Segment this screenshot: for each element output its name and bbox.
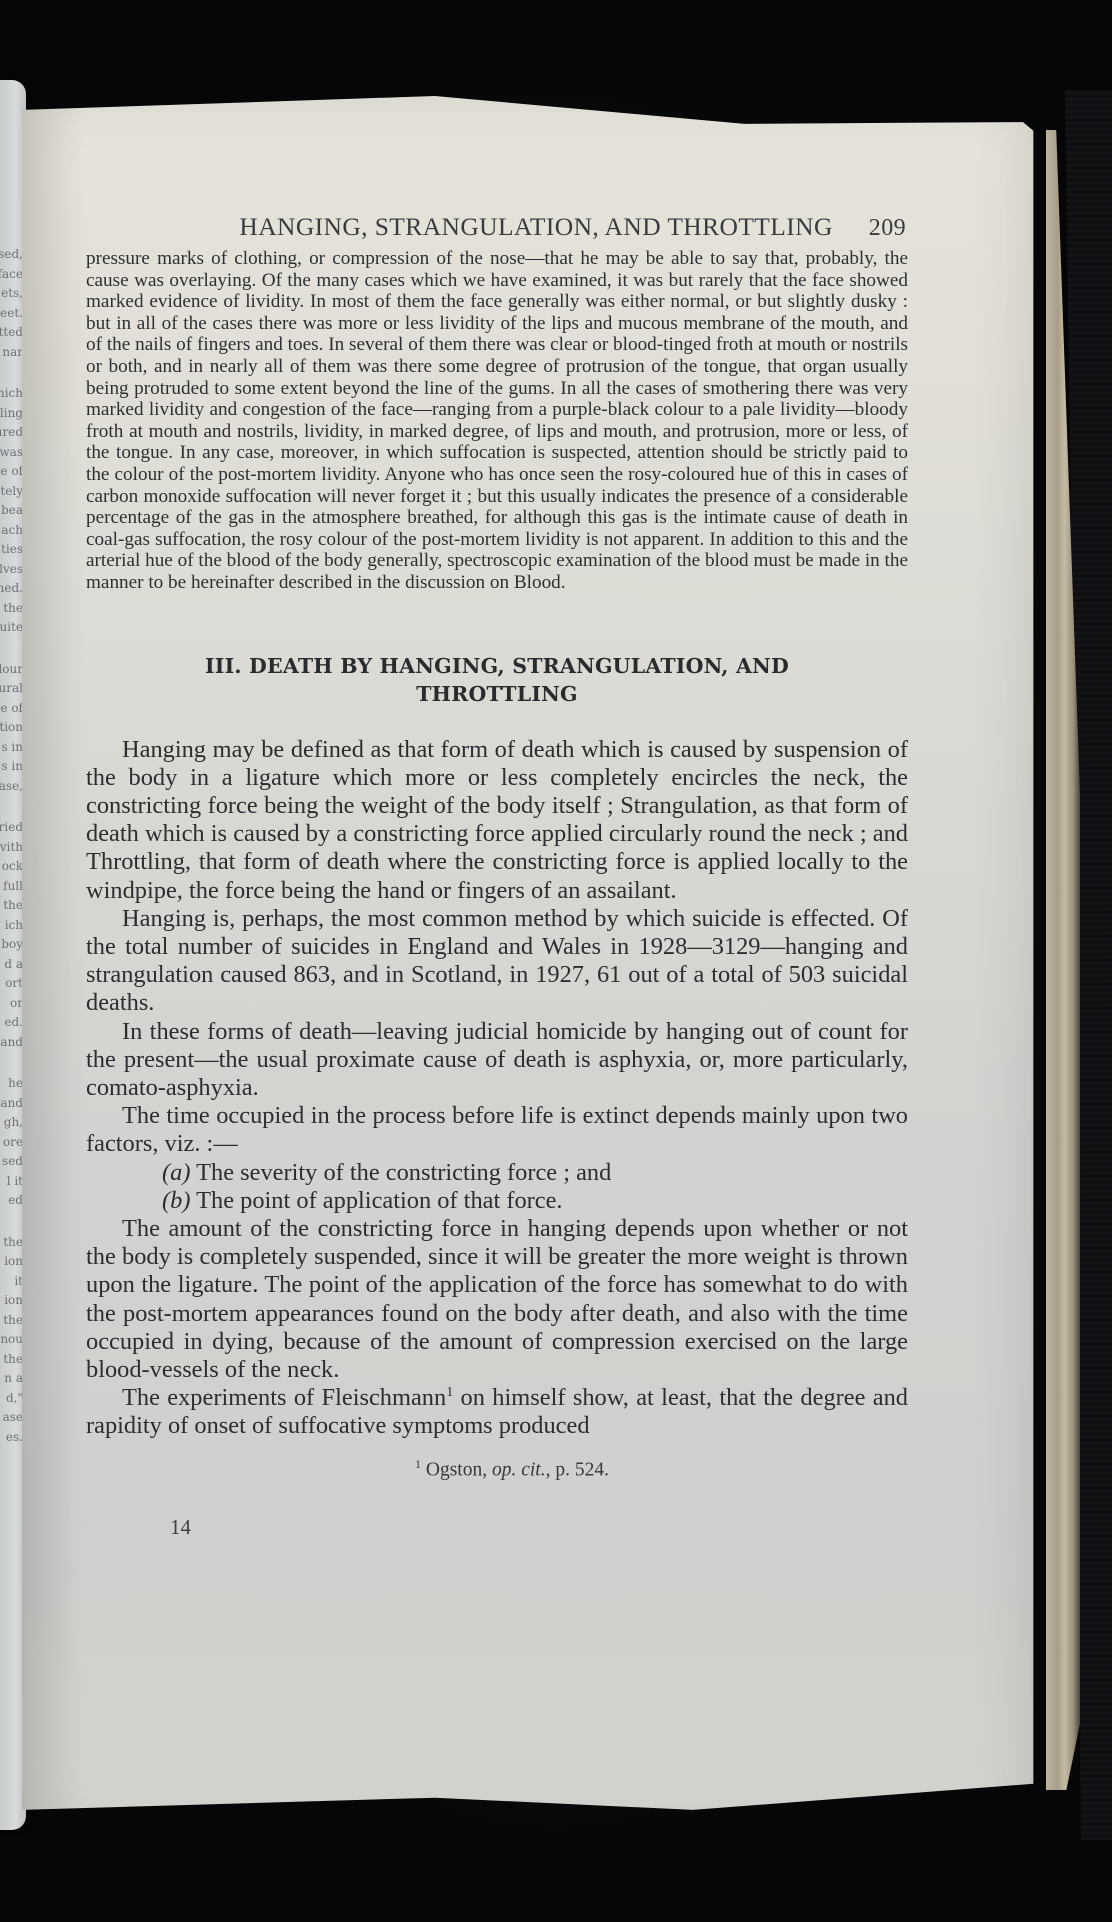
list-marker: (a): [162, 1159, 190, 1186]
previous-page-text-fragment: was: [0, 446, 23, 458]
previous-page-text-fragment: es.: [6, 1431, 23, 1443]
previous-page-text-fragment: and: [0, 1036, 23, 1048]
previous-page-text-fragment: he: [8, 1077, 23, 1089]
previous-page-text-fragment: boy: [1, 938, 23, 950]
previous-page-text-fragment: the: [3, 899, 23, 911]
previous-page-text-fragment: tted: [0, 326, 23, 338]
paragraph-factors: The time occupied in the process before …: [86, 1102, 908, 1158]
previous-page-text-fragment: d a: [4, 958, 23, 970]
previous-page-text-fragment: ort: [5, 977, 23, 989]
previous-page-text-fragment: tion: [0, 721, 23, 733]
previous-page-text-fragment: d,": [6, 1392, 23, 1404]
previous-page-text-fragment: ling: [0, 407, 23, 419]
previous-page-text-fragment: ed.: [4, 1016, 23, 1028]
previous-page-text-fragment: ock: [2, 860, 23, 872]
previous-page-text-fragment: and: [0, 1097, 23, 1109]
previous-page-text-fragment: uite: [0, 621, 23, 633]
paragraph-definition: Hanging may be defined as that form of d…: [86, 736, 908, 905]
previous-page-text-fragment: nou: [0, 1333, 23, 1345]
previous-page-text-fragment: ured: [0, 426, 23, 438]
previous-page-text-fragment: ties: [1, 543, 23, 555]
previous-page-text-fragment: ion: [4, 1294, 23, 1306]
paragraph-cause: In these forms of death—leaving judicial…: [86, 1018, 908, 1103]
previous-page-text-fragment: lour: [0, 663, 23, 675]
list-item: (b) The point of application of that for…: [86, 1187, 908, 1215]
continued-paragraph: pressure marks of clothing, or compressi…: [86, 248, 908, 594]
list-text: The point of application of that force.: [196, 1187, 562, 1214]
footnote-author: Ogston,: [426, 1459, 487, 1480]
previous-page-text-fragment: face: [0, 268, 23, 280]
previous-page-text-fragment: ets,: [1, 287, 23, 299]
page-number: 209: [869, 215, 906, 242]
previous-page-text-fragment: gh,: [4, 1116, 23, 1128]
previous-page-text-fragment: ase,: [0, 780, 23, 792]
previous-page-text-fragment: s in: [1, 741, 23, 753]
previous-page-text-fragment: sed,: [0, 248, 23, 260]
previous-page-text-fragment: hed.: [0, 582, 23, 594]
running-head: HANGING, STRANGULATION, AND THROTTLING 2…: [86, 212, 908, 242]
previous-page-text-fragment: n a: [4, 1372, 23, 1384]
previous-page-text-fragment: nar: [2, 346, 23, 358]
paragraph-experiments: The experiments of Fleischmann1 on himse…: [86, 1384, 908, 1440]
previous-page-text-fragment: ural: [0, 682, 23, 694]
previous-page-text-fragment: or: [10, 997, 23, 1009]
section-heading: III. DEATH BY HANGING, STRANGULATION, AN…: [86, 652, 908, 708]
previous-page-text-fragment: s in: [1, 760, 23, 772]
previous-page-text-fragment: e of: [0, 702, 23, 714]
previous-page-text-fragment: it: [14, 1275, 23, 1287]
previous-page-text-fragment: ion: [4, 1255, 23, 1267]
previous-page-text-fragment: vith: [0, 841, 23, 853]
footnote-number: 1: [415, 1457, 421, 1471]
previous-page-text-fragment: lves: [0, 563, 23, 575]
paragraph-constricting-force: The amount of the constricting force in …: [86, 1215, 908, 1384]
previous-page-text-fragment: l it: [7, 1175, 23, 1187]
continued-text-block: pressure marks of clothing, or compressi…: [86, 248, 908, 594]
previous-page-text-fragment: sed: [2, 1155, 23, 1167]
running-head-title: HANGING, STRANGULATION, AND THROTTLING: [239, 212, 832, 242]
previous-page-text-fragment: the: [3, 602, 23, 614]
previous-page-text-fragment: tely: [0, 485, 23, 497]
previous-page-text-fragment: bea: [1, 504, 23, 516]
footnote-page: p. 524.: [555, 1459, 609, 1480]
section-heading-line-1: III. DEATH BY HANGING, STRANGULATION, AN…: [86, 652, 908, 680]
previous-page-text-fragment: e of: [0, 465, 23, 477]
list-item: (a) The severity of the constricting for…: [86, 1159, 908, 1187]
section-heading-line-2: THROTTLING: [86, 680, 908, 708]
book-page: HANGING, STRANGULATION, AND THROTTLING 2…: [22, 96, 1054, 1836]
previous-page-text-fragment: the: [3, 1353, 23, 1365]
previous-page-text-fragment: ich: [5, 919, 23, 931]
paragraph-experiments-start: The experiments of Fleischmann: [122, 1384, 446, 1411]
previous-page-text-fragment: the: [3, 1314, 23, 1326]
previous-page-text-fragment: hich: [0, 387, 23, 399]
section-body: Hanging may be defined as that form of d…: [86, 736, 908, 1441]
photo-scene: sed,faceets,eet.ttednarhichlinguredwase …: [0, 0, 1112, 1922]
previous-page-text-fragment: ach: [1, 524, 23, 536]
previous-page-text-fragment: ore: [3, 1136, 23, 1148]
previous-page-text-fragment: full: [3, 880, 23, 892]
previous-page-text-fragment: the: [3, 1236, 23, 1248]
previous-page-text-fragment: ed: [8, 1194, 23, 1206]
paragraph-statistics: Hanging is, perhaps, the most common met…: [86, 905, 908, 1018]
previous-page-text-fragment: ried: [0, 821, 23, 833]
page-content: HANGING, STRANGULATION, AND THROTTLING 2…: [86, 212, 908, 1540]
signature-mark: 14: [86, 1515, 908, 1540]
list-marker: (b): [162, 1187, 190, 1214]
footnote-citation: op. cit.,: [492, 1459, 551, 1480]
previous-page-text-fragment: ase: [3, 1411, 23, 1423]
list-text: The severity of the constricting force ;…: [196, 1159, 611, 1186]
footnote: 1 Ogston, op. cit., p. 524.: [86, 1457, 908, 1482]
previous-page-text-fragment: eet.: [0, 307, 23, 319]
